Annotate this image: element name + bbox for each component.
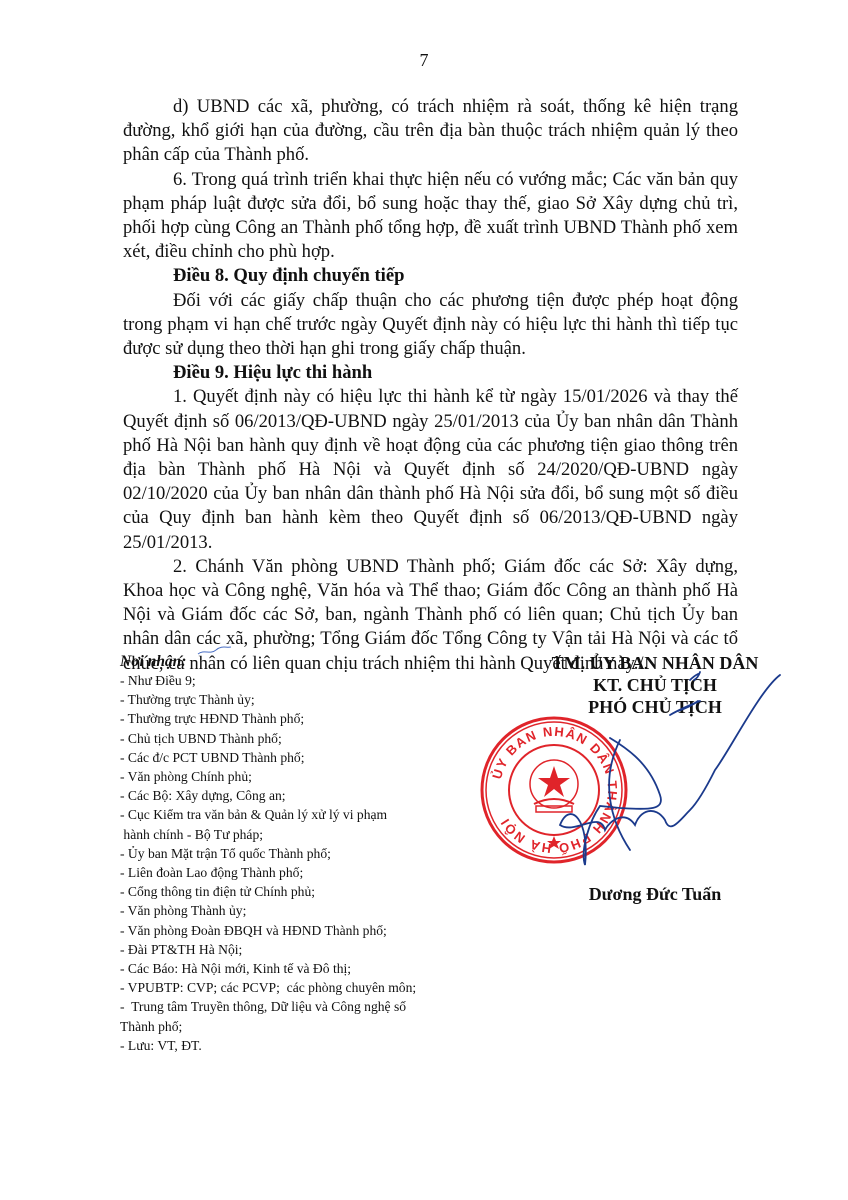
recipient-item: - Chủ tịch UBND Thành phố; xyxy=(120,729,480,748)
recipient-item: - Như Điều 9; xyxy=(120,671,480,690)
handwritten-signature xyxy=(540,660,820,880)
recipient-item: - Văn phòng Thành ủy; xyxy=(120,901,480,920)
recipient-item: - Cổng thông tin điện tử Chính phủ; xyxy=(120,882,480,901)
signer-name: Dương Đức Tuấn xyxy=(490,884,820,905)
body-paragraph: 1. Quyết định này có hiệu lực thi hành k… xyxy=(123,385,738,554)
document-body: d) UBND các xã, phường, có trách nhiệm r… xyxy=(123,95,738,676)
recipient-item: - VPUBTP: CVP; các PCVP; các phòng chuyê… xyxy=(120,978,480,997)
recipient-item: - Liên đoàn Lao động Thành phố; xyxy=(120,863,480,882)
recipient-item: - Cục Kiểm tra văn bản & Quản lý xử lý v… xyxy=(120,805,480,824)
body-paragraph: 6. Trong quá trình triển khai thực hiện … xyxy=(123,168,738,265)
recipient-item: Thành phố; xyxy=(120,1017,480,1036)
recipient-item: - Văn phòng Đoàn ĐBQH và HĐND Thành phố; xyxy=(120,921,480,940)
recipients-title: Nơi nhận: xyxy=(120,652,480,671)
body-paragraph: Đối với các giấy chấp thuận cho các phươ… xyxy=(123,289,738,362)
recipient-item: - Các Bộ: Xây dựng, Công an; xyxy=(120,786,480,805)
recipient-item: - Ủy ban Mặt trận Tổ quốc Thành phố; xyxy=(120,844,480,863)
recipient-item: - Lưu: VT, ĐT. xyxy=(120,1036,480,1055)
page-number: 7 xyxy=(0,50,848,71)
article-heading: Điều 9. Hiệu lực thi hành xyxy=(123,361,738,385)
document-page: 7 d) UBND các xã, phường, có trách nhiệm… xyxy=(0,0,848,1200)
recipient-item: - Thường trực Thành ủy; xyxy=(120,690,480,709)
recipient-item: - Đài PT&TH Hà Nội; xyxy=(120,940,480,959)
body-paragraph: d) UBND các xã, phường, có trách nhiệm r… xyxy=(123,95,738,168)
recipient-item: - Văn phòng Chính phủ; xyxy=(120,767,480,786)
recipient-item: - Trung tâm Truyền thông, Dữ liệu và Côn… xyxy=(120,997,480,1016)
recipients-list: Nơi nhận: - Như Điều 9;- Thường trực Thà… xyxy=(120,652,480,1055)
recipient-item: - Thường trực HĐND Thành phố; xyxy=(120,709,480,728)
recipient-item: - Các Báo: Hà Nội mới, Kinh tế và Đô thị… xyxy=(120,959,480,978)
recipient-item: hành chính - Bộ Tư pháp; xyxy=(120,825,480,844)
recipient-item: - Các đ/c PCT UBND Thành phố; xyxy=(120,748,480,767)
article-heading: Điều 8. Quy định chuyển tiếp xyxy=(123,264,738,288)
